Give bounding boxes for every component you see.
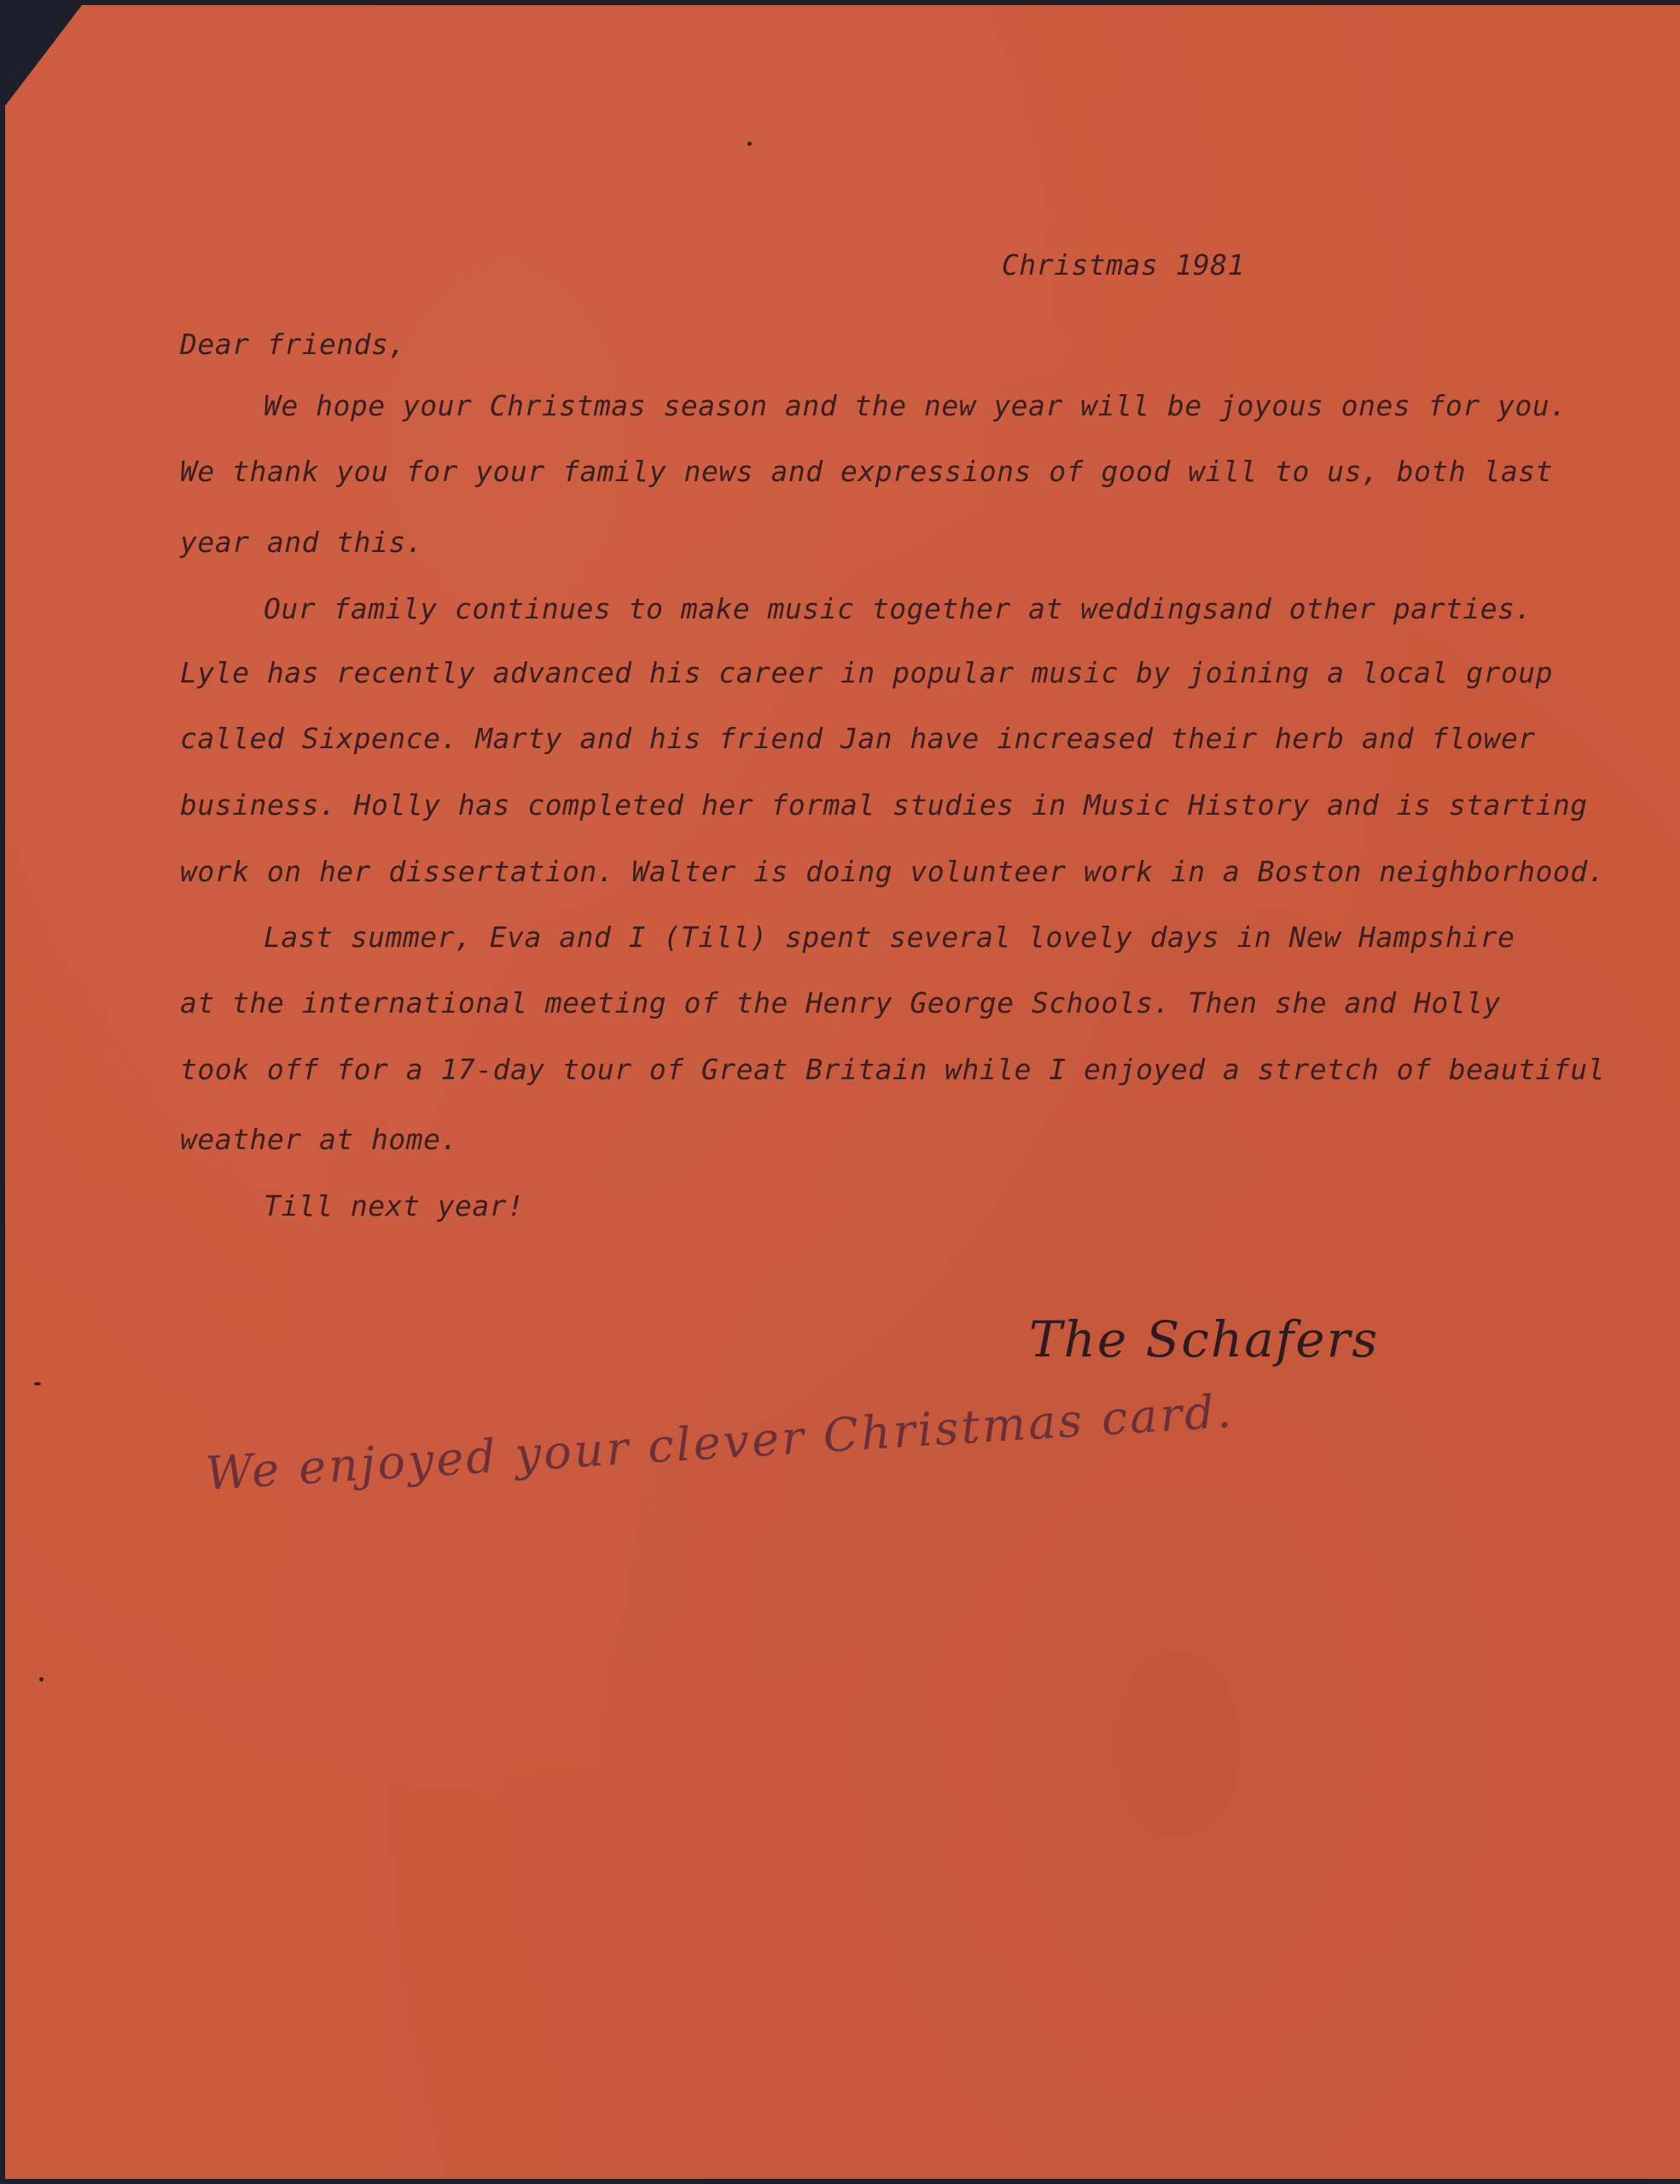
body-line: took off for a 17-day tour of Great Brit…	[180, 1053, 1605, 1086]
body-line: business. Holly has completed her formal…	[180, 788, 1588, 822]
paper-speck	[34, 1382, 41, 1385]
body-line: We thank you for your family news and ex…	[180, 455, 1553, 488]
body-line: at the international meeting of the Henr…	[180, 986, 1501, 1019]
salutation: Dear friends,	[180, 328, 406, 361]
body-line: called Sixpence. Marty and his friend Ja…	[180, 722, 1536, 755]
letter-date: Christmas 1981	[1002, 248, 1245, 282]
body-line: year and this.	[180, 526, 423, 559]
closing-line: Till next year!	[264, 1189, 525, 1223]
paper-speck	[747, 142, 752, 146]
handwritten-note: We enjoyed your clever Christmas card.	[204, 1384, 1235, 1501]
body-line: work on her dissertation. Walter is doin…	[180, 855, 1605, 888]
body-line: Last summer, Eva and I (Till) spent seve…	[264, 921, 1514, 954]
paper-speck	[39, 1677, 44, 1682]
handwritten-signature: The Schafers	[1029, 1310, 1379, 1368]
body-line: weather at home.	[180, 1123, 458, 1156]
body-line: Lyle has recently advanced his career in…	[180, 656, 1553, 689]
body-line: Our family continues to make music toget…	[264, 592, 1532, 625]
letter-page: Christmas 1981 Dear friends, We hope you…	[5, 5, 1680, 2179]
body-line: We hope your Christmas season and the ne…	[264, 389, 1567, 422]
